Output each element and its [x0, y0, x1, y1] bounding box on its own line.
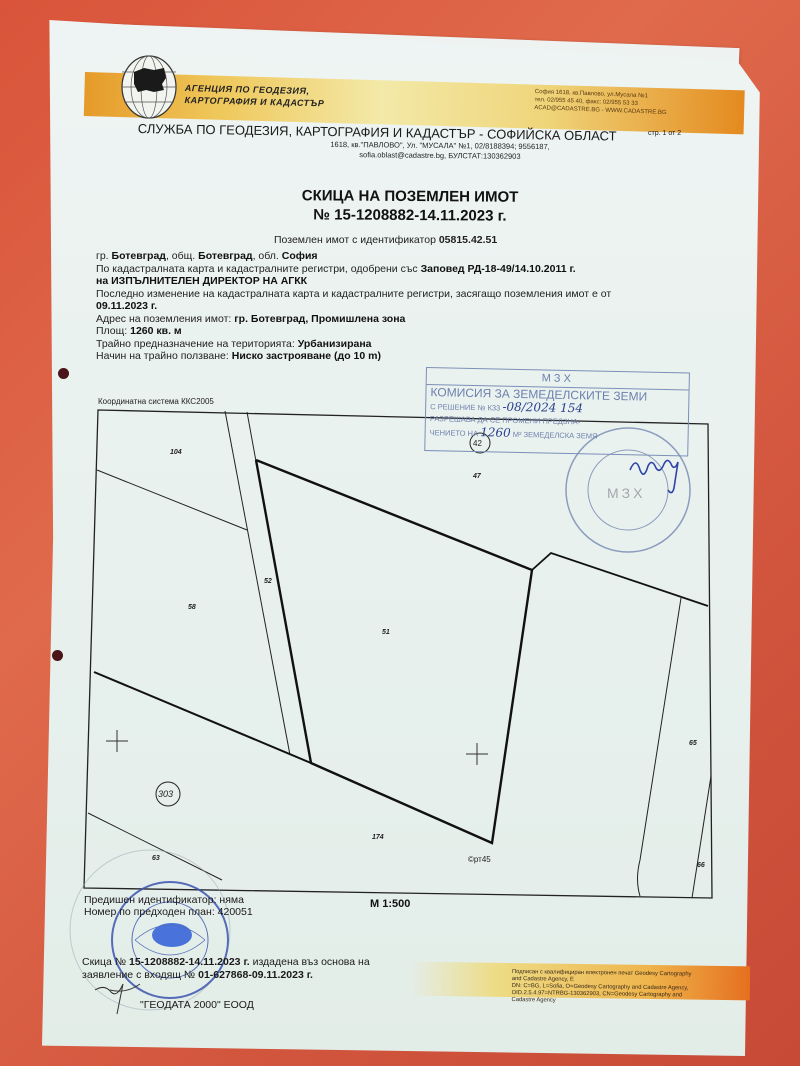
parcel-label-174: 174 [372, 834, 384, 841]
electronic-seal-info: Подписан с квалифициран електронен печат… [512, 969, 762, 1007]
parcel-label-47: 47 [472, 473, 482, 480]
parcel-label-104: 104 [170, 449, 182, 456]
punch-hole [58, 368, 69, 379]
area-handwritten: 1260 [480, 425, 511, 440]
grid-cross-icon [106, 730, 488, 765]
parcel-label-51: 51 [382, 629, 390, 636]
parcel-label-52: 52 [264, 578, 272, 585]
parcel-label-65: 65 [689, 740, 697, 747]
signature-issuer [95, 984, 140, 1014]
circled-label-303: 303 [158, 789, 173, 799]
decision-number-handwritten: -08/2024 154 [502, 400, 583, 416]
previous-identifiers: Предишен идентификатор: няма Номер по пр… [84, 894, 253, 918]
parcel-label-63: 63 [152, 855, 160, 862]
map-scale: М 1:500 [370, 898, 410, 910]
svg-text:МЗХ: МЗХ [607, 485, 645, 501]
parcel-label-58: 58 [188, 604, 196, 611]
agkk-round-stamp [70, 850, 230, 1010]
issuer-company: "ГЕОДАТА 2000" ЕООД [140, 999, 254, 1011]
parcel-label-66: 66 [697, 862, 705, 869]
survey-point-label: ©рт45 [468, 855, 491, 864]
mzh-commission-stamp: МЗХ КОМИСИЯ ЗА ЗЕМЕДЕЛСКИТЕ ЗЕМИ С РЕШЕН… [424, 367, 690, 457]
punch-hole [52, 650, 63, 661]
